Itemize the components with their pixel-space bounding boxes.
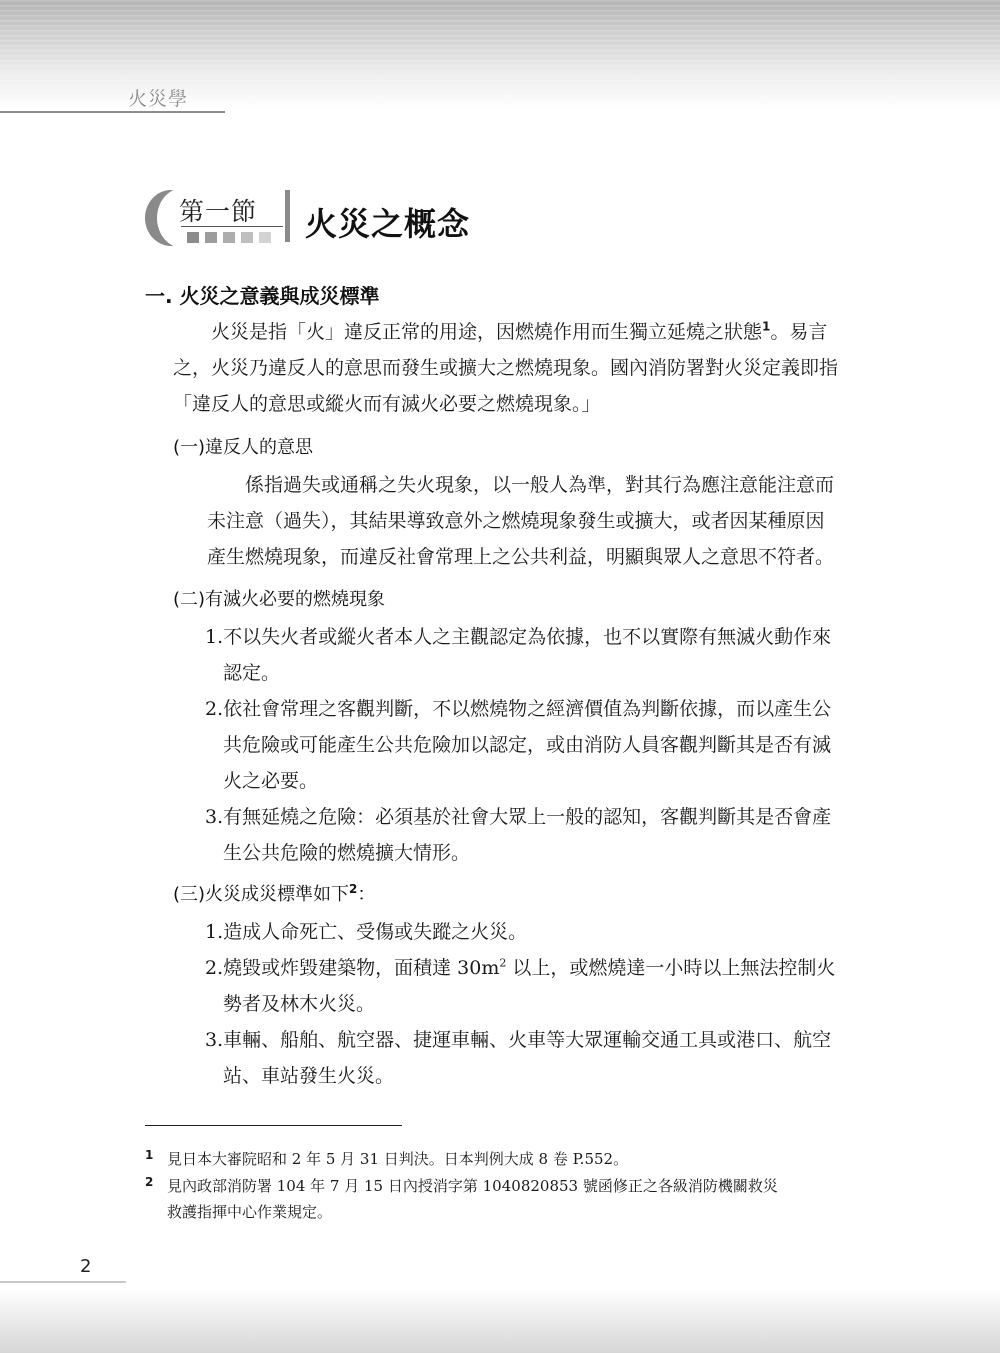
sub1-paragraph: 係指過失或通稱之失火現象，以一般人為準，對其行為應注意能注意而 未注意（過失），… [207, 467, 834, 575]
intro-text: 「違反人的意思或縱火而有滅火必要之燃燒現象。」 [173, 386, 838, 422]
list-text: 依社會常理之客觀判斷，不以燃燒物之經濟價值為判斷依據，而以產生公 [223, 698, 831, 720]
page-rule [0, 1281, 126, 1283]
list-item: 2.燒毀或炸毀建築物，面積達 30m2 以上，或燃燒達一小時以上無法控制火 [205, 950, 835, 986]
list-text: 有無延燒之危險：必須基於社會大眾上一般的認知，客觀判斷其是否會產 [223, 806, 831, 828]
footnote-mark: 2 [145, 1168, 153, 1196]
sub3-list: 1.造成人命死亡、受傷或失蹤之火災。 2.燒毀或炸毀建築物，面積達 30m2 以… [205, 914, 835, 1094]
footnote-separator [145, 1125, 402, 1126]
list-number: 3. [205, 806, 223, 828]
paragraph-line: 係指過失或通稱之失火現象，以一般人為準，對其行為應注意能注意而 [207, 467, 834, 503]
list-item: 3.有無延燒之危險：必須基於社會大眾上一般的認知，客觀判斷其是否會產 [205, 799, 831, 835]
list-text: 共危險或可能產生公共危險加以認定，或由消防人員客觀判斷其是否有滅 [205, 727, 831, 763]
subheading-3: (三)火災成災標準如下2： [173, 880, 375, 906]
list-item: 1.造成人命死亡、受傷或失蹤之火災。 [205, 914, 835, 950]
list-text: 燒毀或炸毀建築物，面積達 30m [223, 957, 499, 979]
list-text: 勢者及林木火災。 [205, 986, 835, 1022]
badge-underline [181, 226, 283, 227]
list-text: 認定。 [205, 655, 831, 691]
list-text: 車輛、船舶、航空器、捷運車輛、火車等大眾運輸交通工具或港口、航空 [223, 1029, 831, 1051]
footnote-text: 見日本大審院昭和 2 年 5 月 31 日判決。日本判例大成 8 卷 P.552… [167, 1145, 628, 1173]
intro-paragraph: 火災是指「火」違反正常的用途，因燃燒作用而生獨立延燒之狀態1。易言 之，火災乃違… [173, 314, 838, 422]
running-title: 火災學 [128, 84, 188, 111]
sub2-list: 1.不以失火者或縱火者本人之主觀認定為依據，也不以實際有無滅火動作來 認定。 2… [205, 619, 831, 871]
list-number: 1. [205, 626, 223, 648]
section-title: 火災之概念 [305, 199, 470, 245]
heading-1: 一. 火災之意義與成災標準 [145, 280, 380, 309]
list-item: 3.車輛、船舶、航空器、捷運車輛、火車等大眾運輸交通工具或港口、航空 [205, 1022, 835, 1058]
square-icon [223, 232, 235, 243]
list-number: 1. [205, 921, 223, 943]
list-text: 以上，或燃燒達一小時以上無法控制火 [506, 957, 835, 979]
paragraph-line: 產生燃燒現象，而違反社會常理上之公共利益，明顯與眾人之意思不符者。 [207, 539, 834, 575]
list-item: 2.依社會常理之客觀判斷，不以燃燒物之經濟價值為判斷依據，而以產生公 [205, 691, 831, 727]
section-badge: 第一節 [145, 190, 295, 250]
badge-bar [285, 190, 290, 242]
intro-text: 之，火災乃違反人的意思而發生或擴大之燃燒現象。國內消防署對火災定義即指 [173, 350, 838, 386]
list-item: 1.不以失火者或縱火者本人之主觀認定為依據，也不以實際有無滅火動作來 [205, 619, 831, 655]
subheading-text: (三)火災成災標準如下 [173, 884, 349, 905]
list-text: 站、車站發生火災。 [205, 1058, 835, 1094]
section-number: 第一節 [179, 192, 257, 228]
subheading-2: (二)有滅火必要的燃燒現象 [173, 585, 385, 611]
paragraph-line: 未注意（過失），其結果導致意外之燃燒現象發生或擴大，或者因某種原因 [207, 503, 834, 539]
list-number: 3. [205, 1029, 223, 1051]
subheading-1: (一)違反人的意思 [173, 433, 313, 459]
footnote-text: 救護指揮中心作業規定。 [167, 1198, 332, 1226]
square-icon [259, 232, 271, 243]
list-text: 不以失火者或縱火者本人之主觀認定為依據，也不以實際有無滅火動作來 [223, 626, 831, 648]
list-text: 火之必要。 [205, 763, 831, 799]
list-text: 造成人命死亡、受傷或失蹤之火災。 [223, 921, 527, 943]
footnote-mark: 1 [145, 1141, 153, 1169]
square-icon [187, 232, 199, 243]
footer-band [0, 1290, 1000, 1353]
intro-text: 。易言 [770, 321, 827, 343]
square-icon [205, 232, 217, 243]
list-number: 2. [205, 957, 223, 979]
subheading-suffix: ： [357, 884, 375, 905]
list-number: 2. [205, 698, 223, 720]
header-rule [0, 111, 225, 113]
square-icon [241, 232, 253, 243]
footnote-text: 見內政部消防署 104 年 7 月 15 日內授消字第 1040820853 號… [167, 1172, 778, 1200]
list-text: 生公共危險的燃燒擴大情形。 [205, 835, 831, 871]
badge-squares [187, 232, 271, 243]
intro-text: 火災是指「火」違反正常的用途，因燃燒作用而生獨立延燒之狀態 [211, 321, 762, 343]
page-number: 2 [80, 1256, 91, 1277]
